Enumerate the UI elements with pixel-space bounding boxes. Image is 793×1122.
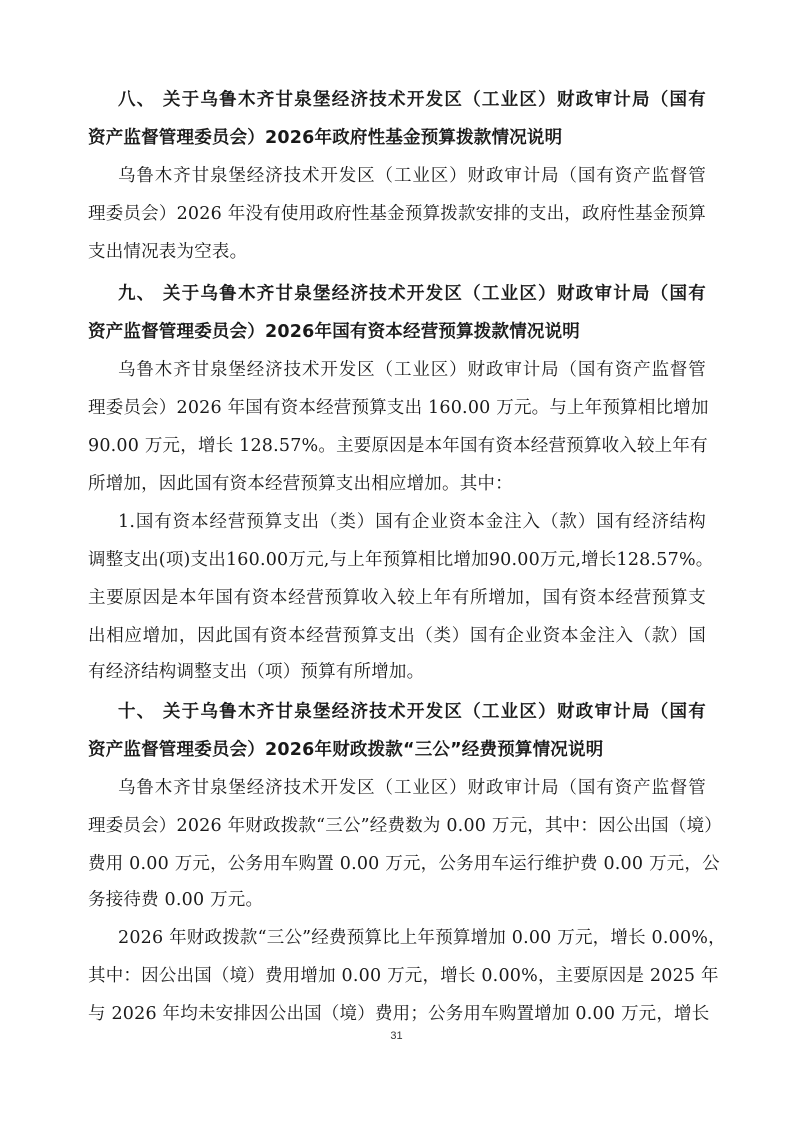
section-9-item-1-line: 有经济结构调整支出（项）预算有所增加。 xyxy=(88,660,706,684)
section-10-paragraph-line: 务接待费 0.00 万元。 xyxy=(88,888,706,912)
section-9-heading-line-1: 九、 关于乌鲁木齐甘泉堡经济技术开发区（工业区）财政审计局（国有 xyxy=(118,282,706,306)
section-8-heading-line-1: 八、 关于乌鲁木齐甘泉堡经济技术开发区（工业区）财政审计局（国有 xyxy=(118,88,706,112)
section-9-paragraph-line: 理委员会）2026 年国有资本经营预算支出 160.00 万元。与上年预算相比增… xyxy=(88,396,706,420)
document-page: 八、 关于乌鲁木齐甘泉堡经济技术开发区（工业区）财政审计局（国有 资产监督管理委… xyxy=(0,0,793,1122)
section-10-paragraph-line: 理委员会）2026 年财政拨款“三公”经费数为 0.00 万元，其中：因公出国（… xyxy=(88,814,706,838)
section-8-heading-line-2: 资产监督管理委员会）2026年政府性基金预算拨款情况说明 xyxy=(88,126,706,150)
section-10-paragraph-2-line: 其中：因公出国（境）费用增加 0.00 万元，增长 0.00%，主要原因是 20… xyxy=(88,964,706,988)
section-9-paragraph-line: 乌鲁木齐甘泉堡经济技术开发区（工业区）财政审计局（国有资产监督管 xyxy=(118,358,706,382)
section-10-paragraph-line: 乌鲁木齐甘泉堡经济技术开发区（工业区）财政审计局（国有资产监督管 xyxy=(118,776,706,800)
section-9-paragraph-line: 所增加，因此国有资本经营预算支出相应增加。其中： xyxy=(88,472,706,496)
section-10-heading-line-1: 十、 关于乌鲁木齐甘泉堡经济技术开发区（工业区）财政审计局（国有 xyxy=(118,700,706,724)
section-9-paragraph-line: 90.00 万元，增长 128.57%。主要原因是本年国有资本经营预算收入较上年… xyxy=(88,434,706,458)
section-9-heading-line-2: 资产监督管理委员会）2026年国有资本经营预算拨款情况说明 xyxy=(88,320,706,344)
section-9-item-1-line: 1.国有资本经营预算支出（类）国有企业资本金注入（款）国有经济结构 xyxy=(118,510,706,534)
section-8-paragraph-line: 理委员会）2026 年没有使用政府性基金预算拨款安排的支出，政府性基金预算 xyxy=(88,202,706,226)
section-10-heading-line-2: 资产监督管理委员会）2026年财政拨款“三公”经费预算情况说明 xyxy=(88,738,706,762)
section-9-item-1-line: 调整支出(项)支出160.00万元,与上年预算相比增加90.00万元,增长128… xyxy=(88,548,706,572)
page-number: 31 xyxy=(0,1030,793,1042)
section-9-item-1-line: 出相应增加，因此国有资本经营预算支出（类）国有企业资本金注入（款）国 xyxy=(88,624,706,648)
section-10-paragraph-2-line: 与 2026 年均未安排因公出国（境）费用；公务用车购置增加 0.00 万元，增… xyxy=(88,1002,706,1026)
section-8-paragraph-line: 支出情况表为空表。 xyxy=(88,240,706,264)
section-9-item-1-line: 主要原因是本年国有资本经营预算收入较上年有所增加，国有资本经营预算支 xyxy=(88,586,706,610)
section-10-paragraph-2-line: 2026 年财政拨款“三公”经费预算比上年预算增加 0.00 万元，增长 0.0… xyxy=(118,926,706,950)
section-8-paragraph-line: 乌鲁木齐甘泉堡经济技术开发区（工业区）财政审计局（国有资产监督管 xyxy=(118,164,706,188)
section-10-paragraph-line: 费用 0.00 万元，公务用车购置 0.00 万元，公务用车运行维护费 0.00… xyxy=(88,852,706,876)
